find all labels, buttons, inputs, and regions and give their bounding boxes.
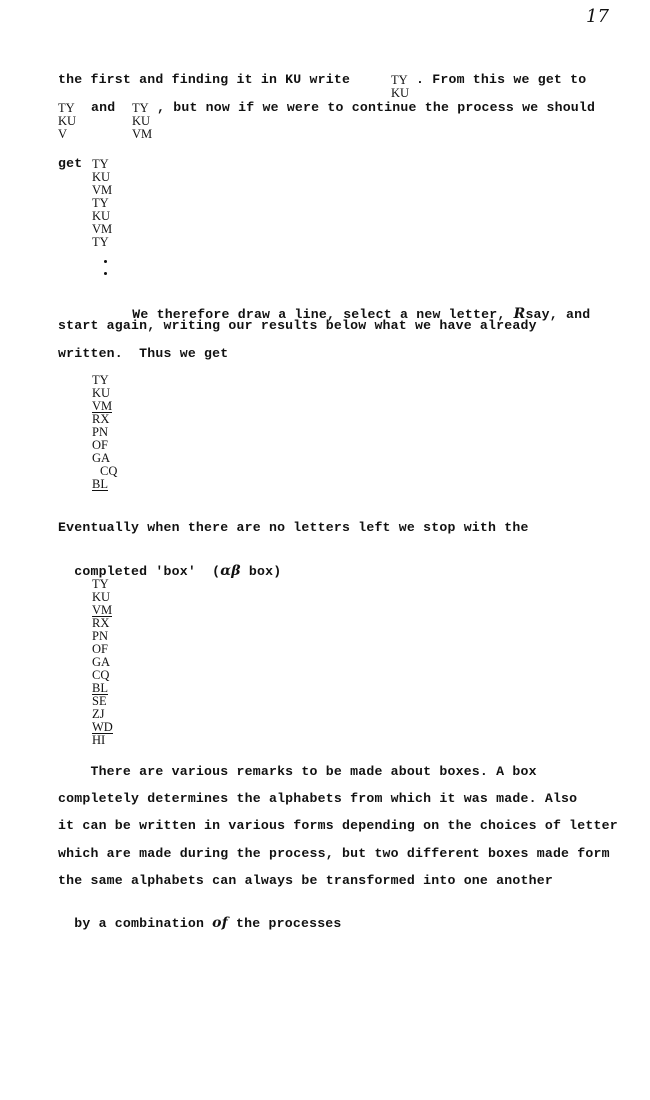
box-cell: SE [92, 694, 107, 708]
text-line-1-end: . From this we get to [416, 72, 586, 87]
ellipsis-dot [104, 272, 107, 275]
box-cell: PN [92, 629, 108, 643]
box-cell: KU [92, 590, 110, 604]
box-cell: OF [92, 438, 108, 452]
para4-line: completely determines the alphabets from… [58, 791, 577, 806]
box-cell: BL [92, 478, 108, 491]
para4-line: it can be written in various forms depen… [58, 818, 618, 833]
stack-cell: TY [92, 236, 112, 249]
stack-cell: KU [391, 87, 409, 100]
para2-line2: start again, writing our results below w… [58, 318, 537, 333]
para4-last-end: the processes [228, 916, 342, 931]
box-row: HI [92, 734, 113, 747]
para3-line2-end: box) [241, 564, 282, 579]
letter-stack-ty-ku: TY KU [391, 74, 409, 100]
box-1: TYKUVMRXPNOFGACQBL [92, 374, 117, 491]
box-cell: RX [92, 412, 109, 426]
handwritten-correction: of [212, 915, 228, 931]
box-cell: KU [92, 386, 110, 400]
box-cell: RX [92, 616, 109, 630]
box-cell: GA [92, 655, 110, 669]
box-cell: OF [92, 642, 108, 656]
text-line-1: the first and finding it in KU write [58, 72, 350, 87]
letter-stack-repeat: TYKUVMTYKUVMTY [92, 158, 112, 249]
box-cell: CQ [100, 464, 117, 478]
page-number: 17 [586, 6, 609, 27]
letter-stack-a: TY KU V [58, 102, 76, 141]
stack-cell: VM [132, 128, 152, 141]
box-row: BL [92, 478, 117, 491]
para4-line: the same alphabets can always be transfo… [58, 873, 553, 888]
para4-last-start: by a combination [74, 916, 212, 931]
text-get: get [58, 156, 82, 171]
para2-line3: written. Thus we get [58, 346, 228, 361]
box-cell: HI [92, 733, 105, 747]
box-cell: PN [92, 425, 108, 439]
box-cell: TY [92, 577, 109, 591]
text-line-2: , but now if we were to continue the pro… [157, 100, 595, 115]
text-and: and [91, 100, 115, 115]
para4-line: There are various remarks to be made abo… [58, 764, 537, 779]
box-cell: CQ [92, 668, 109, 682]
para4-line: which are made during the process, but t… [58, 846, 610, 861]
letter-stack-b: TY KU VM [132, 102, 152, 141]
box-cell: TY [92, 373, 109, 387]
ellipsis-dot [104, 260, 107, 263]
para3-line1: Eventually when there are no letters lef… [58, 520, 529, 535]
handwritten-alpha-beta: αβ [220, 563, 240, 579]
stack-cell: V [58, 128, 76, 141]
box-cell: GA [92, 451, 110, 465]
box-cell: ZJ [92, 707, 105, 721]
box-2: TYKUVMRXPNOFGACQBLSEZJWDHI [92, 578, 113, 747]
para4-last-line: by a combination of the processes [58, 900, 342, 931]
para3-line2: completed 'box' (αβ box) [58, 548, 281, 579]
